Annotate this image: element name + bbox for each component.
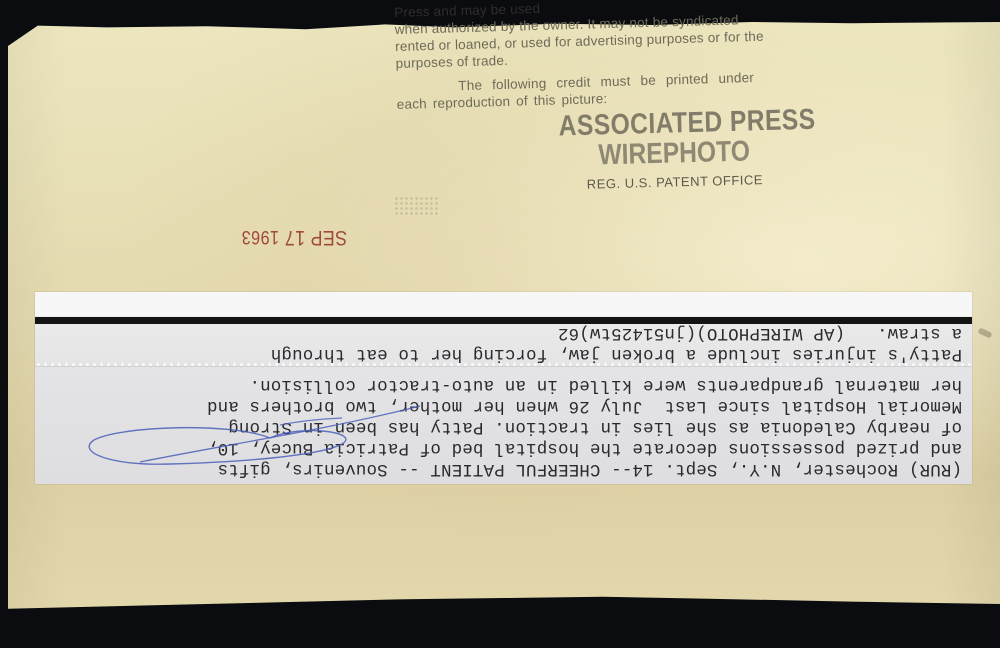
caption-text-rotated: (RUR) Rochester, N.Y., Sept. 14-- CHEERF… — [35, 292, 972, 484]
rights-notice: Press and may be used when authorized by… — [394, 0, 807, 113]
caption-line-6: Patty's injuries include a broken jaw, f… — [271, 343, 962, 363]
caption-strip: (RUR) Rochester, N.Y., Sept. 14-- CHEERF… — [35, 292, 972, 484]
caption-line-1: (RUR) Rochester, N.Y., Sept. 14-- CHEERF… — [217, 458, 962, 478]
stamp-line-wirephoto: WIREPHOTO — [559, 135, 789, 171]
date-stamp-month-day: SEP 17 — [284, 226, 347, 249]
date-stamp: SEP 17 1963 — [241, 224, 347, 249]
caption-line-3: of nearby Caledonia as she lies in tract… — [228, 416, 962, 436]
caption-line-4: Memorial Hospital since Last July 26 whe… — [207, 395, 962, 415]
caption-line-2: and prized possessions decorate the hosp… — [207, 437, 962, 457]
ink-smudge — [394, 196, 440, 216]
date-stamp-year: 1963 — [241, 226, 279, 247]
caption-line-5: her maternal grandparents were killed in… — [249, 374, 962, 394]
scanned-photo-back: Press and may be used when authorized by… — [0, 0, 1000, 648]
caption-line-7: a straw. (AP WIREPHOTO)(jn51425tw)62 — [558, 322, 962, 342]
ap-wirephoto-stamp: ASSOCIATED PRESS WIREPHOTO REG. U.S. PAT… — [538, 105, 810, 194]
